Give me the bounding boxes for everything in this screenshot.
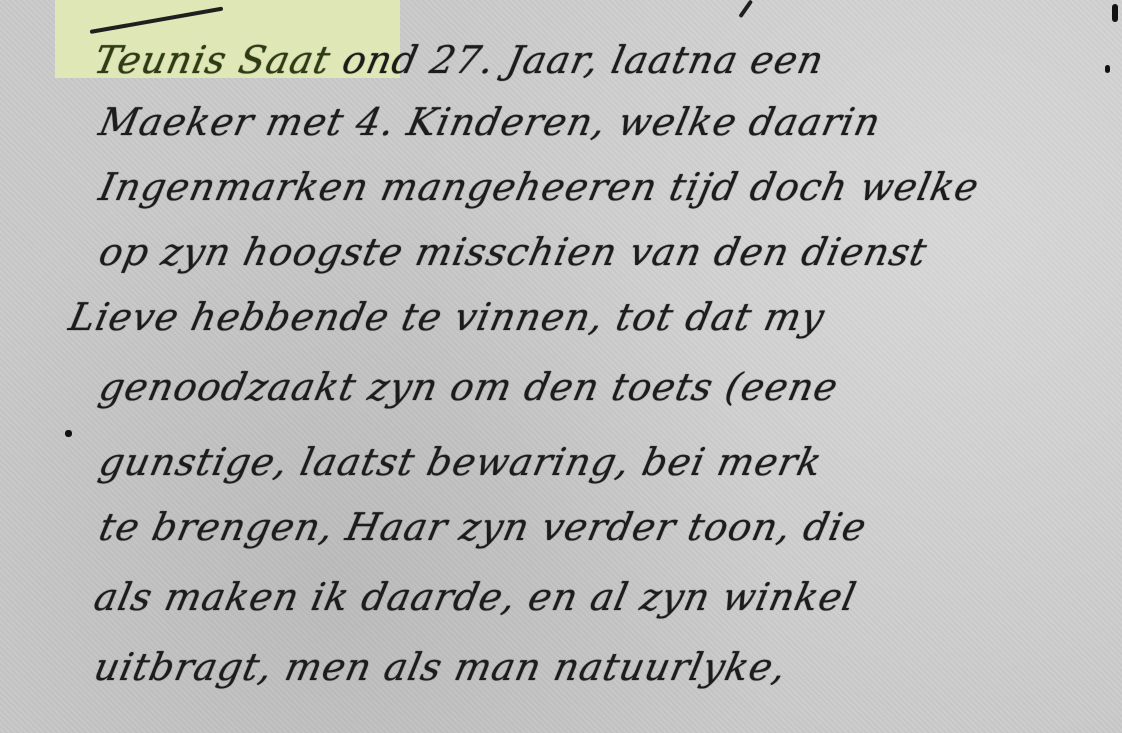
text-line-9: als maken ik daarde, en al zyn winkel [90,575,860,619]
manuscript-page: Teunis Saat ond 27. Jaar, laatna een Mae… [0,0,1122,733]
text-line-7: gunstige, laatst bewaring, bei merk [95,440,826,484]
text-line-8: te brengen, Haar zyn verder toon, die [95,505,871,549]
text-line-1: Teunis Saat ond 27. Jaar, laatna een [90,38,828,82]
flourish-stroke [738,0,753,18]
text-line-5: Lieve hebbende te vinnen, tot dat my [65,295,829,339]
text-line-10: uitbragt, men als man natuurlyke, [90,645,791,689]
ink-mark [1105,65,1110,73]
text-line-6: genoodzaakt zyn om den toets (eene [95,365,842,409]
ink-mark [65,430,72,437]
text-line-3: Ingenmarken mangeheeren tijd doch welke [95,165,983,209]
highlighted-entity[interactable]: Teunis Saat [90,38,335,82]
text-line-2: Maeker met 4. Kinderen, welke daarin [95,100,885,144]
text-line-4: op zyn hoogste misschien van den dienst [95,230,931,274]
ink-mark [1112,4,1118,22]
